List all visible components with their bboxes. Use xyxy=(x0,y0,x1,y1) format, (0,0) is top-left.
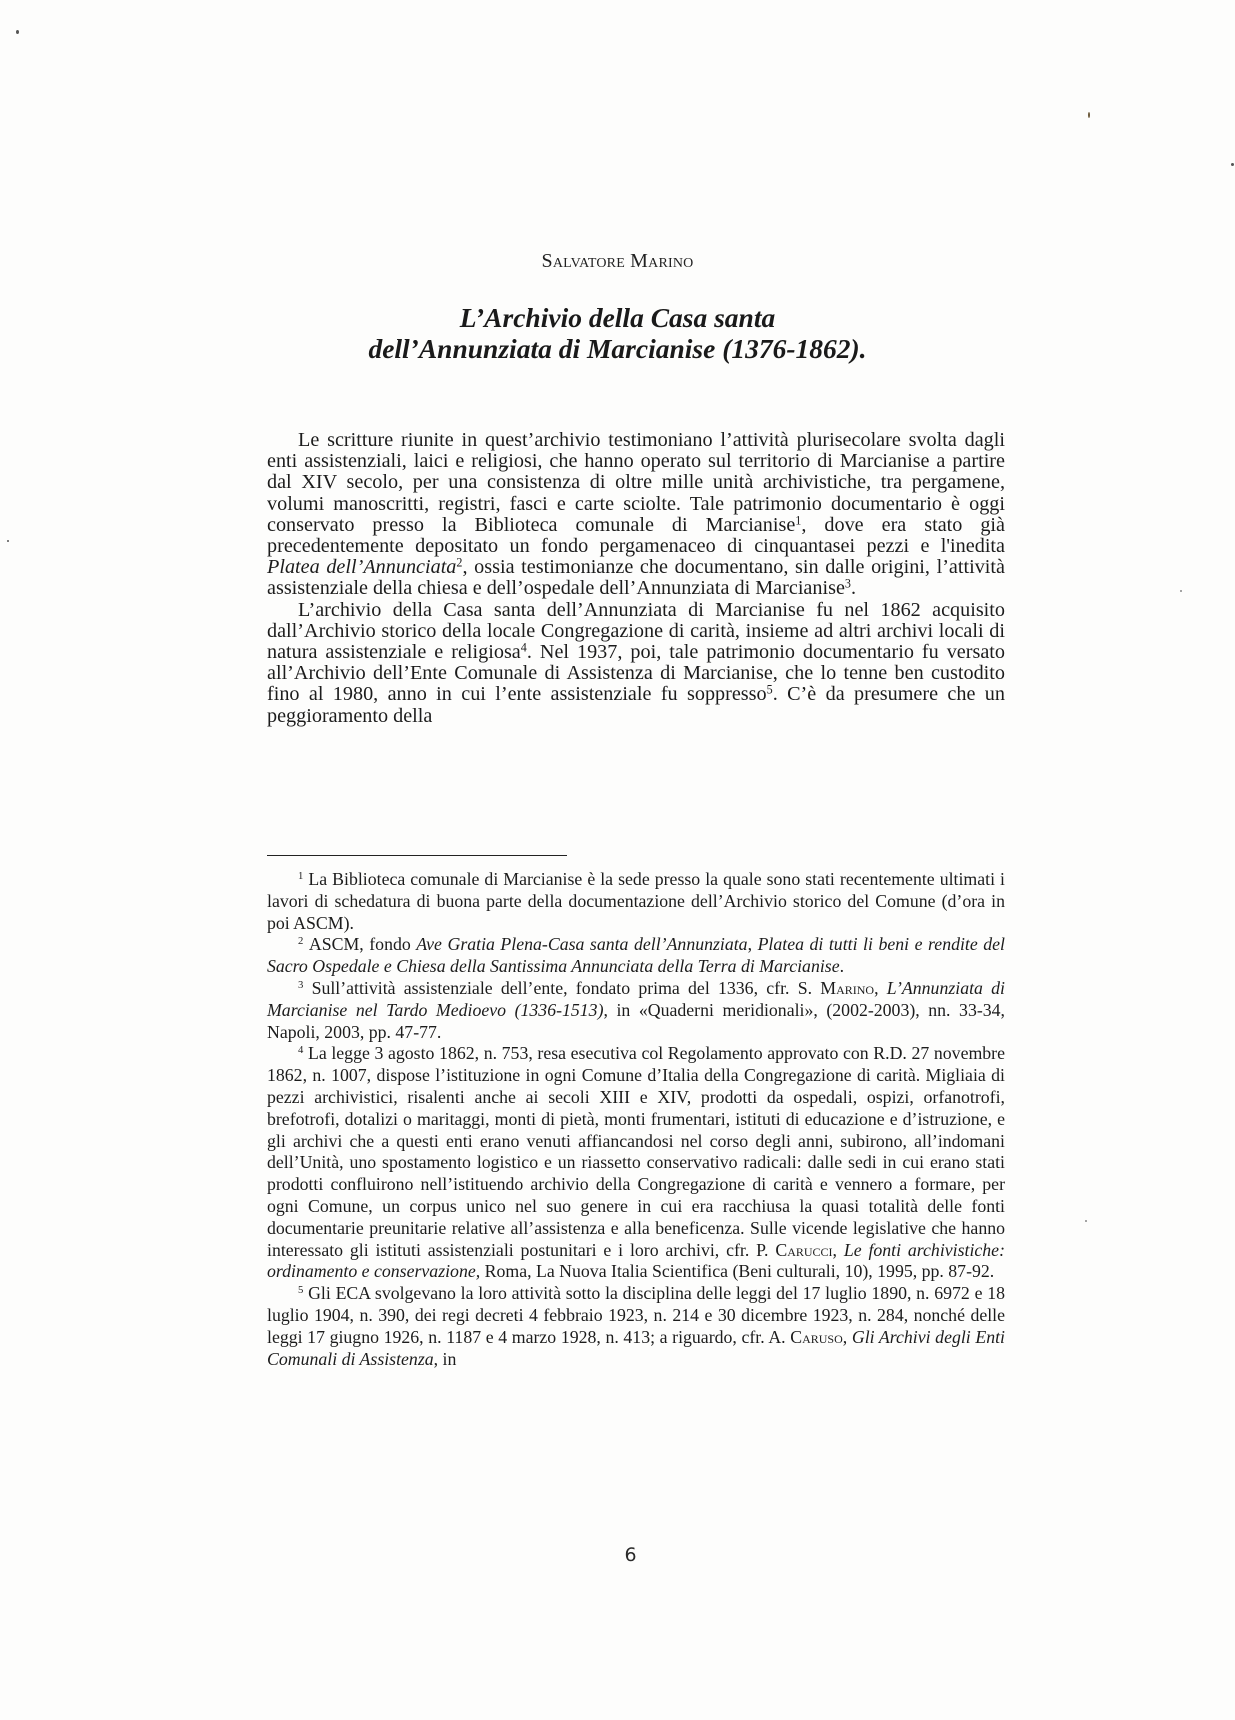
document-page: Salvatore Marino L’Archivio della Casa s… xyxy=(0,0,1235,1720)
footnote-number: 5 xyxy=(298,1284,303,1296)
italic-title-platea: Platea dell’Annunciata xyxy=(267,556,456,578)
author-surname: Caruso xyxy=(790,1327,843,1347)
article-title: L’Archivio della Casa santa dell’Annunzi… xyxy=(0,302,1235,364)
footnote-number: 1 xyxy=(298,870,303,882)
paragraph-1: Le scritture riunite in quest’archivio t… xyxy=(267,430,1005,600)
text-run: La legge 3 agosto 1862, n. 753, resa ese… xyxy=(267,1043,1005,1259)
text-run: , fondo xyxy=(359,934,416,954)
abbreviation-ascm: ASCM xyxy=(309,934,359,954)
author-name: Salvatore Marino xyxy=(0,250,1235,273)
title-line-1: L’Archivio della Casa santa xyxy=(0,302,1235,333)
footnote-divider xyxy=(267,855,567,856)
text-run: . xyxy=(851,577,856,599)
footnote-1: 1 La Biblioteca comunale di Marcianise è… xyxy=(267,869,1005,934)
footnote-2: 2 ASCM, fondo Ave Gratia Plena-Casa sant… xyxy=(267,934,1005,978)
footnote-4: 4 La legge 3 agosto 1862, n. 753, resa e… xyxy=(267,1043,1005,1283)
title-line-2: dell’Annunziata di Marcianise (1376-1862… xyxy=(0,333,1235,364)
author-surname: Carucci xyxy=(775,1240,832,1260)
footnote-number: 3 xyxy=(298,979,303,991)
text-run: , xyxy=(843,1327,852,1347)
text-run: , xyxy=(874,978,887,998)
page-number: 6 xyxy=(0,1544,1235,1566)
text-run: , xyxy=(833,1240,844,1260)
footnote-3: 3 Sull’attività assistenziale dell’ente,… xyxy=(267,978,1005,1043)
footnotes: 1 La Biblioteca comunale di Marcianise è… xyxy=(267,869,1005,1370)
scan-speck xyxy=(7,540,9,542)
footnote-number: 2 xyxy=(298,936,303,948)
italic-run: Ave Gratia Plena-Casa santa dell’Annunzi… xyxy=(416,934,747,954)
text-run: Roma, La Nuova Italia Scientifica (Beni … xyxy=(480,1261,994,1281)
footnote-number: 4 xyxy=(298,1045,303,1057)
footnote-5: 5 Gli ECA svolgevano la loro attività so… xyxy=(267,1283,1005,1370)
text-run: . xyxy=(840,956,844,976)
text-run: Sull’attività assistenziale dell’ente, f… xyxy=(312,978,821,998)
scan-speck xyxy=(1088,112,1090,118)
body-text: Le scritture riunite in quest’archivio t… xyxy=(267,430,1005,727)
scan-speck xyxy=(1231,163,1234,166)
scan-speck xyxy=(16,30,19,34)
text-run: , in xyxy=(434,1349,457,1369)
author-surname: Marino xyxy=(820,978,874,998)
paragraph-2: L’archivio della Casa santa dell’Annunzi… xyxy=(267,600,1005,727)
text-run: , xyxy=(748,934,758,954)
text-run: La Biblioteca comunale di Marcianise è l… xyxy=(267,869,1005,933)
scan-speck xyxy=(1180,590,1182,592)
scan-speck xyxy=(1085,1220,1087,1222)
